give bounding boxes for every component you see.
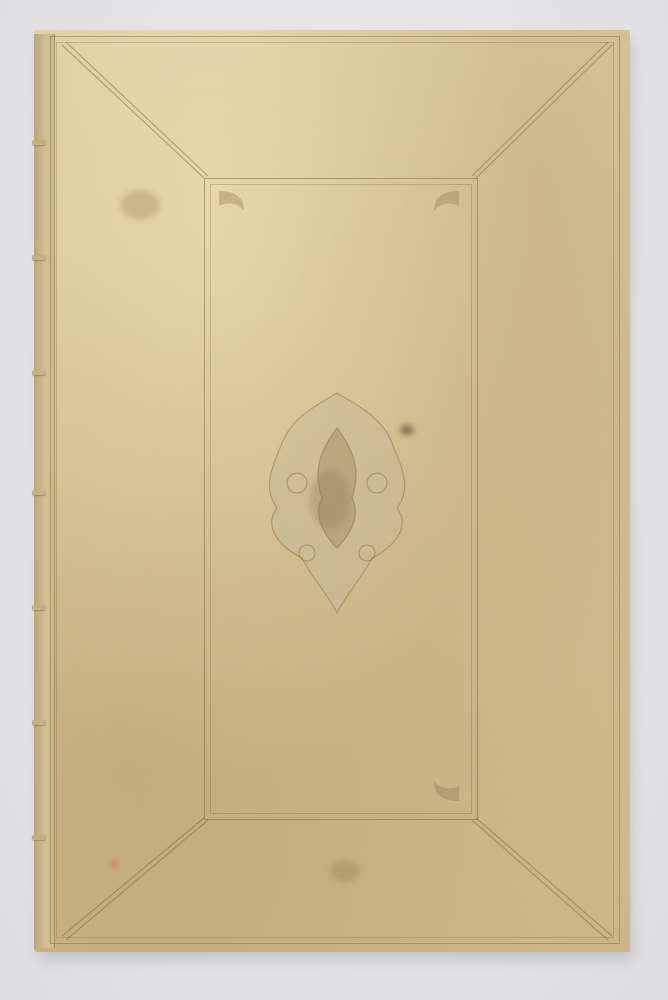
stain-mark: [110, 860, 118, 868]
stain-mark: [400, 425, 414, 435]
stain-mark: [310, 470, 350, 530]
corner-fleuron-bottom-right: [424, 766, 464, 806]
corner-fleuron-top-left: [214, 186, 254, 226]
stain-mark: [330, 860, 360, 882]
stain-mark: [120, 190, 160, 220]
corner-fleuron-top-right: [424, 186, 464, 226]
